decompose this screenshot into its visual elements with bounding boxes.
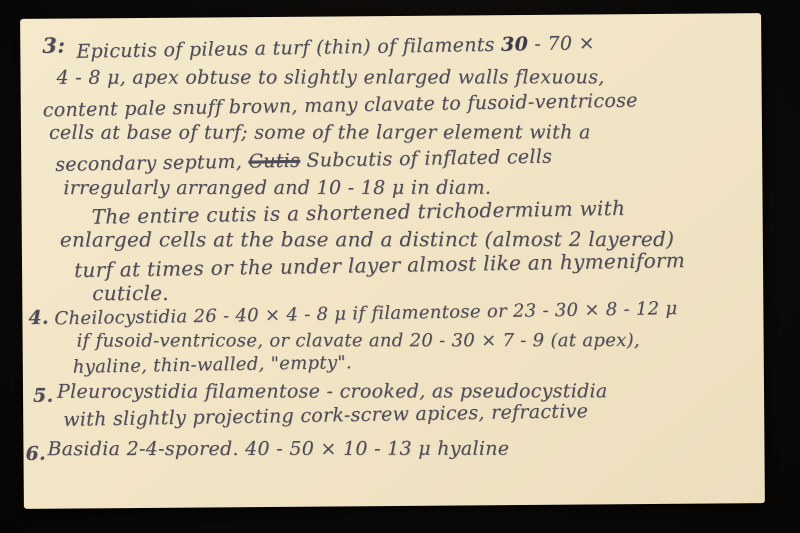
section-6-number: 6. [25,443,46,465]
handwritten-line-5-1: Pleurocystidia filamentose - crooked, as… [57,380,608,402]
handwritten-line-3-10: cuticle. [92,281,169,305]
section-3-number: 3: [42,32,65,57]
handwritten-line-3-8: enlarged cells at the base and a distinc… [60,227,674,252]
line-text: Epicutis of pileus a turf (thin) of fila… [76,34,501,63]
handwritten-line-3-1: Epicutis of pileus a turf (thin) of fila… [76,32,595,63]
line-text: Subcutis of inflated cells [300,146,552,172]
handwritten-line-4-3: hyaline, thin-walled, "empty". [73,352,352,378]
index-card: 3: Epicutis of pileus a turf (thin) of f… [20,13,765,509]
handwritten-line-3-3: content pale snuff brown, many clavate t… [43,89,638,121]
handwritten-line-3-7: The entire cutis is a shortened trichode… [91,196,625,229]
handwritten-line-3-2: 4 - 8 μ, apex obtuse to slightly enlarge… [57,66,605,88]
handwritten-line-3-5: secondary septum, Cutis Subcutis of infl… [55,146,552,176]
handwritten-line-4-2: if fusoid-ventricose, or clavate and 20 … [77,330,640,351]
overwritten-number: 30 [501,33,528,55]
section-5-number: 5. [33,385,53,407]
handwritten-line-6-1: Basidia 2-4-spored. 40 - 50 × 10 - 13 μ … [47,438,509,460]
photo-background: { "scene": { "background_color": "#0c0a0… [0,0,800,533]
handwritten-line-5-2: with slightly projecting cork-screw apic… [63,400,588,431]
handwritten-line-3-6: irregularly arranged and 10 - 18 μ in di… [63,177,491,199]
handwritten-line-3-4: cells at base of turf; some of the large… [49,121,591,143]
line-text: secondary septum, [55,151,249,176]
line-text: - 70 × [528,32,595,55]
section-4-number: 4. [28,307,49,329]
handwritten-line-3-9: turf at times or the under layer almost … [74,248,685,282]
struck-word: Cutis [248,150,300,173]
